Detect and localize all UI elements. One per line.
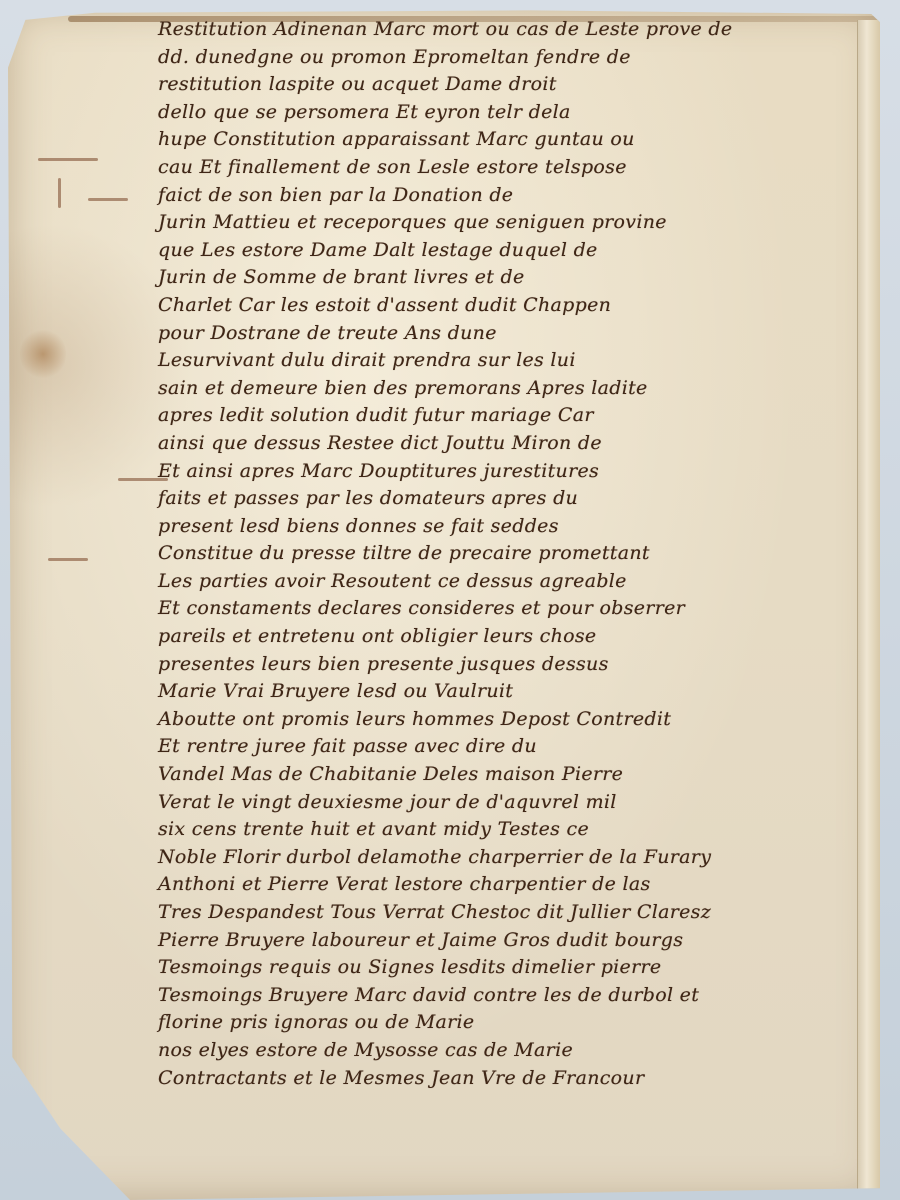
text-line: nos elyes estore de Mysosse cas de Marie bbox=[158, 1037, 878, 1065]
text-line: Restitution Adinenan Marc mort ou cas de… bbox=[158, 16, 878, 44]
text-line: present lesd biens donnes se fait seddes bbox=[158, 513, 878, 541]
text-line: Charlet Car les estoit d'assent dudit Ch… bbox=[158, 292, 878, 320]
text-line: presentes leurs bien presente jusques de… bbox=[158, 651, 878, 679]
text-line: dello que se persomera Et eyron telr del… bbox=[158, 99, 878, 127]
text-line: pareils et entretenu ont obligier leurs … bbox=[158, 623, 878, 651]
text-line: Les parties avoir Resoutent ce dessus ag… bbox=[158, 568, 878, 596]
text-line: apres ledit solution dudit futur mariage… bbox=[158, 402, 878, 430]
text-line: Tesmoings Bruyere Marc david contre les … bbox=[158, 982, 878, 1010]
text-line: Noble Florir durbol delamothe charperrie… bbox=[158, 844, 878, 872]
text-line: restitution laspite ou acquet Dame droit bbox=[158, 71, 878, 99]
text-line: Jurin Mattieu et receporques que senigue… bbox=[158, 209, 878, 237]
text-line: faits et passes par les domateurs apres … bbox=[158, 485, 878, 513]
text-line: faict de son bien par la Donation de bbox=[158, 182, 878, 210]
text-line: Anthoni et Pierre Verat lestore charpent… bbox=[158, 871, 878, 899]
text-line: Pierre Bruyere laboureur et Jaime Gros d… bbox=[158, 927, 878, 955]
text-line: que Les estore Dame Dalt lestage duquel … bbox=[158, 237, 878, 265]
text-line: Contractants et le Mesmes Jean Vre de Fr… bbox=[158, 1065, 878, 1093]
text-line: ainsi que dessus Restee dict Jouttu Miro… bbox=[158, 430, 878, 458]
text-line: Et ainsi apres Marc Douptitures jurestit… bbox=[158, 458, 878, 486]
text-line: Tres Despandest Tous Verrat Chestoc dit … bbox=[158, 899, 878, 927]
text-line: hupe Constitution apparaissant Marc gunt… bbox=[158, 126, 878, 154]
manuscript-page: Restitution Adinenan Marc mort ou cas de… bbox=[8, 8, 880, 1200]
text-line: cau Et finallement de son Lesle estore t… bbox=[158, 154, 878, 182]
text-line: Tesmoings requis ou Signes lesdits dimel… bbox=[158, 954, 878, 982]
text-line: six cens trente huit et avant midy Teste… bbox=[158, 816, 878, 844]
text-line: pour Dostrane de treute Ans dune bbox=[158, 320, 878, 348]
text-line: Et constaments declares consideres et po… bbox=[158, 595, 878, 623]
text-line: Verat le vingt deuxiesme jour de d'aquvr… bbox=[158, 789, 878, 817]
text-line: sain et demeure bien des premorans Apres… bbox=[158, 375, 878, 403]
text-line: Marie Vrai Bruyere lesd ou Vaulruit bbox=[158, 678, 878, 706]
text-line: Vandel Mas de Chabitanie Deles maison Pi… bbox=[158, 761, 878, 789]
handwritten-text-block: Restitution Adinenan Marc mort ou cas de… bbox=[158, 16, 878, 1092]
text-line: florine pris ignoras ou de Marie bbox=[158, 1009, 878, 1037]
text-line: dd. dunedgne ou promon Epromeltan fendre… bbox=[158, 44, 878, 72]
text-line: Jurin de Somme de brant livres et de bbox=[158, 264, 878, 292]
text-line: Constitue du presse tiltre de precaire p… bbox=[158, 540, 878, 568]
text-line: Et rentre juree fait passe avec dire du bbox=[158, 733, 878, 761]
margin-bleed-through-marks bbox=[28, 138, 148, 638]
text-line: Aboutte ont promis leurs hommes Depost C… bbox=[158, 706, 878, 734]
text-line: Lesurvivant dulu dirait prendra sur les … bbox=[158, 347, 878, 375]
